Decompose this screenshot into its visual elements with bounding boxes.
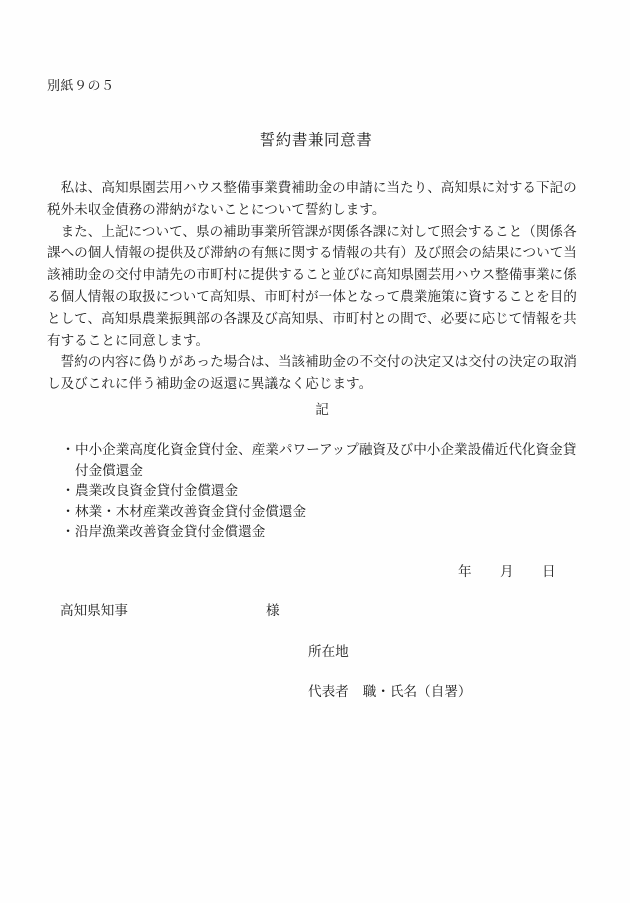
bullet-icon: ・ (61, 481, 75, 502)
bullet-icon: ・ (61, 440, 75, 461)
list-item: ・ 農業改良資金貸付金償還金 (61, 481, 601, 502)
recipient-honorific: 様 (266, 603, 280, 619)
body-line: として、高知県農業振興部の各課及び高知県、市町村との間で、必要に応じて情報を共 (47, 309, 587, 331)
body-line: 課への個人情報の提供及び滞納の有無に関する情報の共有）及び照会の結果について当 (47, 243, 587, 265)
body-line: また、上記について、県の補助事業所管課が関係各課に対して照会すること（関係各 (47, 222, 587, 244)
address-label: 所在地 (308, 644, 349, 660)
document-page: 別紙９の５ 誓約書兼同意書 私は、高知県園芸用ハウス整備事業費補助金の申請に当た… (0, 0, 630, 903)
body-line: し及びこれに伴う補助金の返還に異議なく応じます。 (47, 374, 587, 396)
date-month-label: 月 (500, 564, 542, 580)
document-title: 誓約書兼同意書 (0, 131, 630, 149)
body-line: 該補助金の交付申請先の市町村に提供すること並びに高知県園芸用ハウス整備事業に係 (47, 265, 587, 287)
list-item: ・ 沿岸漁業改善資金貸付金償還金 (61, 522, 601, 543)
body-line: 有することに同意します。 (47, 331, 587, 353)
list-item-text: 中小企業高度化資金貸付金、産業パワーアップ融資及び中小企業設備近代化資金貸 (75, 440, 601, 461)
pledge-body: 私は、高知県園芸用ハウス整備事業費補助金の申請に当たり、高知県に対する下記の 税… (47, 178, 587, 396)
body-line: 私は、高知県園芸用ハウス整備事業費補助金の申請に当たり、高知県に対する下記の (47, 178, 587, 200)
address-field: 所在地 (308, 644, 349, 660)
bullet-icon: ・ (61, 522, 75, 543)
representative-label: 代表者 (308, 684, 349, 700)
list-item-text: 林業・木材産業改善資金貸付金償還金 (75, 502, 601, 523)
date-year-label: 年 (458, 564, 500, 580)
list-item: ・ 中小企業高度化資金貸付金、産業パワーアップ融資及び中小企業設備近代化資金貸 … (61, 440, 601, 481)
date-day-label: 日 (542, 564, 556, 580)
body-line: る個人情報の取扱について高知県、市町村が一体となって農業施策に資することを目的 (47, 287, 587, 309)
body-line: 税外未収金債務の滞納がないことについて誓約します。 (47, 200, 587, 222)
list-item-text: 付金償還金 (75, 461, 601, 482)
representative-name-label: 職・氏名（自署） (363, 684, 472, 700)
representative-field: 代表者職・氏名（自署） (308, 684, 472, 700)
recipient-block: 高知県知事 様 (60, 603, 128, 619)
list-item: ・ 林業・木材産業改善資金貸付金償還金 (61, 502, 601, 523)
list-item-text: 農業改良資金貸付金償還金 (75, 481, 601, 502)
recipient-name: 高知県知事 (60, 603, 128, 619)
ki-heading: 記 (0, 402, 630, 418)
body-line: 誓約の内容に偽りがあった場合は、当該補助金の不交付の決定又は交付の決定の取消 (47, 352, 587, 374)
list-item-text: 沿岸漁業改善資金貸付金償還金 (75, 522, 601, 543)
date-field: 年月日 (458, 564, 556, 580)
debt-item-list: ・ 中小企業高度化資金貸付金、産業パワーアップ融資及び中小企業設備近代化資金貸 … (61, 440, 601, 543)
form-number: 別紙９の５ (47, 79, 115, 95)
bullet-icon: ・ (61, 502, 75, 523)
